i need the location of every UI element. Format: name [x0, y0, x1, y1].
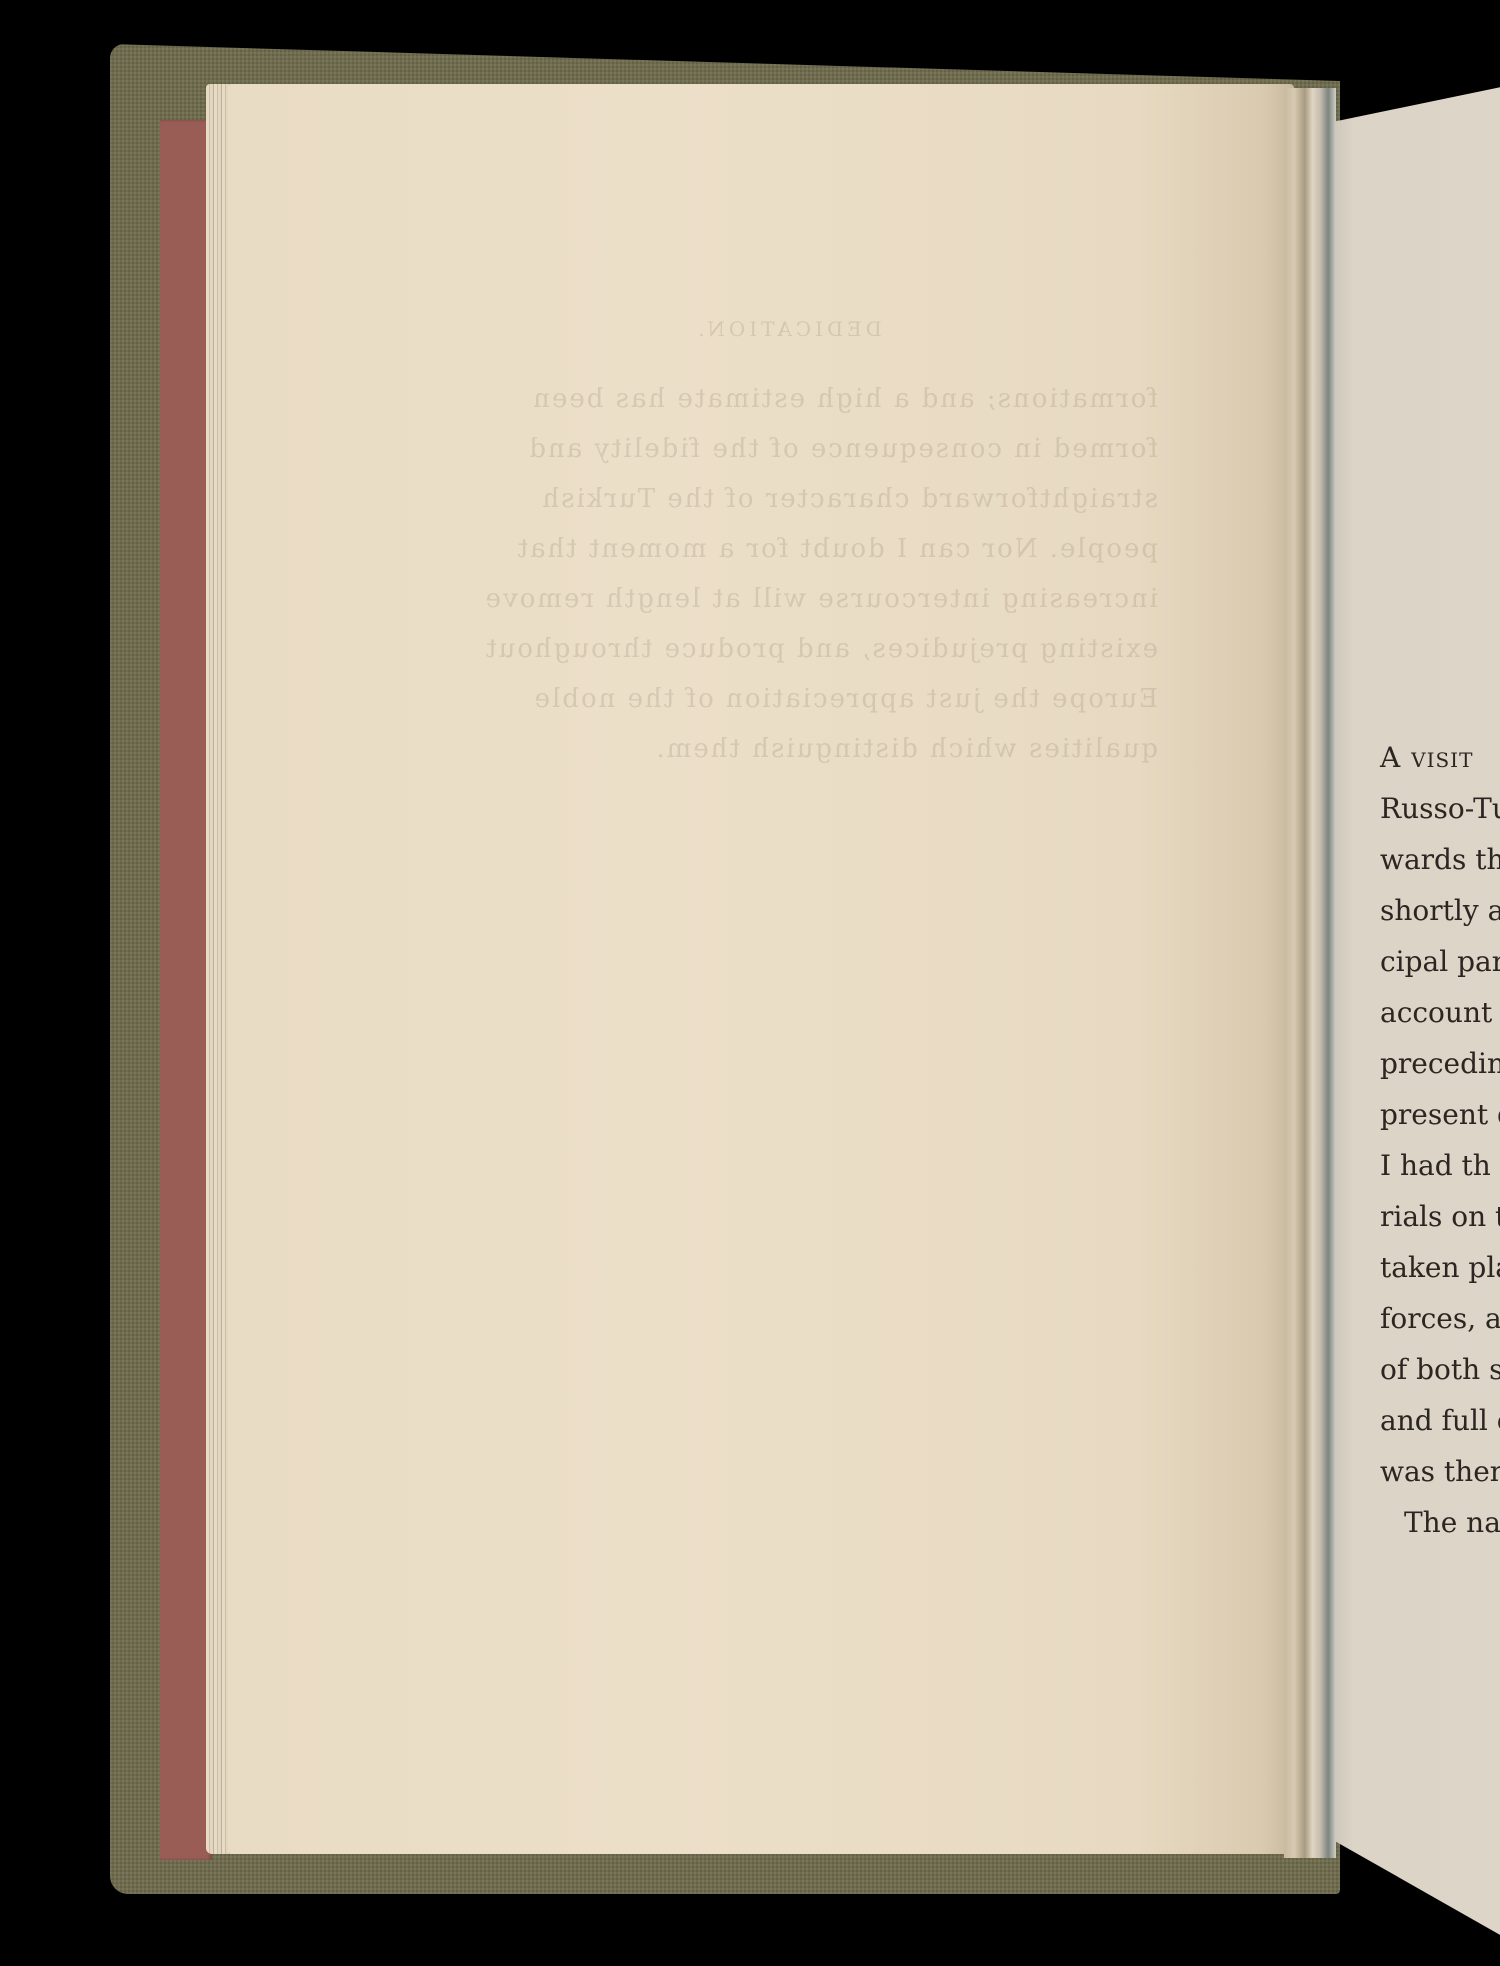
book-gutter [1284, 88, 1336, 1858]
show-through-line: Europe the just appreciation of the nobl… [418, 674, 1158, 724]
text-line: I had th [1380, 1140, 1500, 1191]
text-line: forces, an [1380, 1293, 1500, 1344]
text-line: rials on t [1380, 1191, 1500, 1242]
text-line: was then d [1380, 1446, 1500, 1497]
book-scan: DEDICATION. formations; and a high estim… [0, 0, 1500, 1966]
text-line: wards the [1380, 834, 1500, 885]
red-endpaper-strip [160, 120, 212, 1860]
text-line: and full of [1380, 1395, 1500, 1446]
text-line-paragraph-start: The narra [1380, 1497, 1500, 1548]
text-line: shortly af [1380, 885, 1500, 936]
right-page-recto: A visit Russo-Tur wards the shortly af c… [1336, 84, 1500, 1944]
show-through-line: formed in consequence of the fidelity an… [418, 424, 1158, 474]
text-line: Russo-Tur [1380, 783, 1500, 834]
text-line: preceding [1380, 1038, 1500, 1089]
text-line-opening: A visit [1380, 732, 1500, 783]
text-line: taken plac [1380, 1242, 1500, 1293]
show-through-line: existing prejudices, and produce through… [418, 624, 1158, 674]
text-line: cipal part [1380, 936, 1500, 987]
preface-body-text: A visit Russo-Tur wards the shortly af c… [1380, 732, 1500, 1548]
text-line: present du [1380, 1089, 1500, 1140]
show-through-line: qualities which distinguish them. [418, 724, 1158, 774]
show-through-line: formations; and a high estimate has been [418, 374, 1158, 424]
text-line: of both sid [1380, 1344, 1500, 1395]
show-through-line: people. Nor can I doubt for a moment tha… [418, 524, 1158, 574]
text-line: account o [1380, 987, 1500, 1038]
show-through-running-head: DEDICATION. [418, 304, 1158, 354]
left-page-verso: DEDICATION. formations; and a high estim… [228, 84, 1294, 1854]
show-through-text: DEDICATION. formations; and a high estim… [418, 304, 1158, 774]
show-through-line: straightforward character of the Turkish [418, 474, 1158, 524]
show-through-line: increasing intercourse will at length re… [418, 574, 1158, 624]
